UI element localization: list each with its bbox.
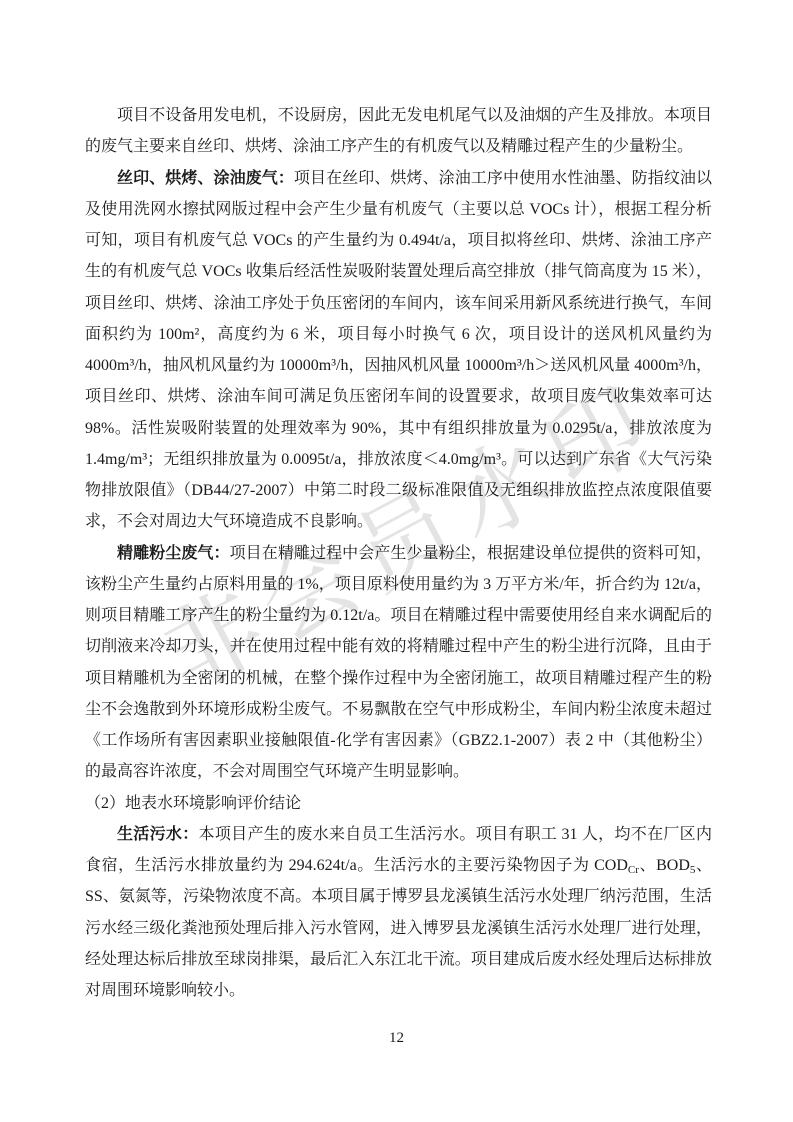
cod-subscript: Cr xyxy=(628,864,639,876)
page-footer: 12 xyxy=(0,1030,793,1047)
paragraph-lead-label: 丝印、烘烤、涂油废气： xyxy=(117,170,294,187)
paragraph-text: 项目在精雕过程中会产生少量粉尘，根据建设单位提供的资料可知，该粉尘产生量约占原料… xyxy=(85,545,712,781)
paragraph-carving-dust: 精雕粉尘废气：项目在精雕过程中会产生少量粉尘，根据建设单位提供的资料可知，该粉尘… xyxy=(85,538,712,788)
paragraph-surface-water-heading: （2）地表水环境影响评价结论 xyxy=(85,788,712,819)
paragraph-text: 项目在丝印、烘烤、涂油工序中使用水性油墨、防指纹油以及使用洗网水擦拭网版过程中会… xyxy=(85,170,712,531)
paragraph-text: 、BOD xyxy=(639,857,690,874)
page-number: 12 xyxy=(389,1030,404,1046)
paragraph-lead-label: 精雕粉尘废气： xyxy=(117,545,230,562)
paragraph-exhaust-intro: 项目不设备用发电机，不设厨房，因此无发电机尾气以及油烟的产生及排放。本项目的废气… xyxy=(85,100,712,163)
document-body: 项目不设备用发电机，不设厨房，因此无发电机尾气以及油烟的产生及排放。本项目的废气… xyxy=(85,100,712,1006)
paragraph-text: 项目不设备用发电机，不设厨房，因此无发电机尾气以及油烟的产生及排放。本项目的废气… xyxy=(85,107,712,155)
paragraph-silkscreen-waste-gas: 丝印、烘烤、涂油废气：项目在丝印、烘烤、涂油工序中使用水性油墨、防指纹油以及使用… xyxy=(85,163,712,538)
paragraph-domestic-sewage: 生活污水：本项目产生的废水来自员工生活污水。项目有职工 31 人，均不在厂区内食… xyxy=(85,819,712,1007)
paragraph-text: 、SS、氨氮等，污染物浓度不高。本项目属于博罗县龙溪镇生活污水处理厂纳污范围，生… xyxy=(85,857,712,999)
document-page: 非会员水印 项目不设备用发电机，不设厨房，因此无发电机尾气以及油烟的产生及排放。… xyxy=(0,0,793,1122)
paragraph-text: （2）地表水环境影响评价结论 xyxy=(85,795,301,812)
paragraph-lead-label: 生活污水： xyxy=(117,826,199,843)
